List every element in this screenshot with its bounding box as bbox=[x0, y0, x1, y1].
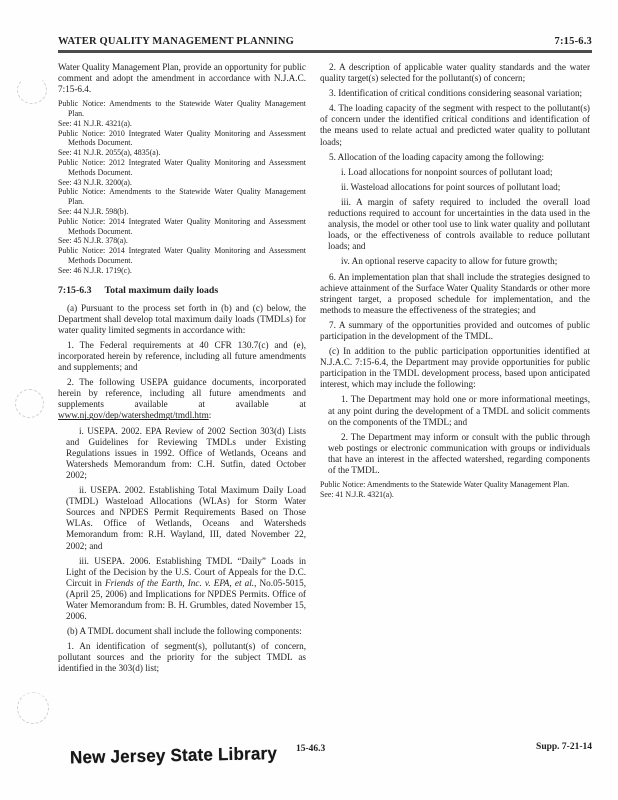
list-item-b1: 1. An identification of segment(s), poll… bbox=[58, 641, 306, 674]
list-item-5iv: iv. An optional reserve capacity to allo… bbox=[320, 256, 590, 267]
list-item-ii: ii. USEPA. 2002. Establishing Total Maxi… bbox=[58, 485, 306, 552]
public-notice-label: Public Notice: 2010 Integrated Water Qua… bbox=[58, 129, 306, 149]
section-title: Total maximum daily loads bbox=[104, 285, 218, 296]
two-column-body: Water Quality Management Plan, provide a… bbox=[58, 62, 590, 679]
section-heading: 7:15-6.3Total maximum daily loads bbox=[58, 285, 306, 296]
case-citation: Friends of the Earth, Inc. v. EPA, et al… bbox=[105, 578, 254, 588]
list-item-2-colon: : bbox=[209, 410, 212, 420]
running-header-section-number: 7:15-6.3 bbox=[555, 36, 592, 47]
list-item-3: 3. Identification of critical conditions… bbox=[320, 88, 590, 99]
public-notice-label: Public Notice: Amendments to the Statewi… bbox=[58, 187, 306, 207]
public-notice-citation: See: 45 N.J.R. 378(a). bbox=[58, 236, 306, 246]
list-item-5ii: ii. Wasteload allocations for point sour… bbox=[320, 182, 590, 193]
running-header: WATER QUALITY MANAGEMENT PLANNING 7:15-6… bbox=[58, 36, 592, 53]
paragraph-c: (c) In addition to the public participat… bbox=[320, 346, 590, 390]
list-item-7: 7. A summary of the opportunities provid… bbox=[320, 320, 590, 342]
public-notice-label: Public Notice: Amendments to the Statewi… bbox=[320, 480, 590, 490]
list-item-iii: iii. USEPA. 2006. Establishing TMDL “Dai… bbox=[58, 556, 306, 623]
url-text: www.nj.gov/dep/watershedmgt/tmdl.htm bbox=[58, 410, 209, 420]
list-item-i: i. USEPA. 2002. EPA Review of 2002 Secti… bbox=[58, 426, 306, 481]
public-notice-citation: See: 41 N.J.R. 4321(a). bbox=[320, 490, 590, 500]
public-notices-list: Public Notice: Amendments to the Statewi… bbox=[58, 99, 306, 275]
public-notice-trailing: Public Notice: Amendments to the Statewi… bbox=[320, 480, 590, 500]
library-stamp: New Jersey State Library bbox=[70, 743, 277, 768]
list-item-2-right: 2. A description of applicable water qua… bbox=[320, 62, 590, 84]
paragraph-b: (b) A TMDL document shall include the fo… bbox=[58, 626, 306, 637]
public-notice-label: Public Notice: Amendments to the Statewi… bbox=[58, 99, 306, 119]
public-notice-label: Public Notice: 2014 Integrated Water Qua… bbox=[58, 217, 306, 237]
public-notice-citation: See: 44 N.J.R. 598(b). bbox=[58, 207, 306, 217]
public-notice-label: Public Notice: 2012 Integrated Water Qua… bbox=[58, 158, 306, 178]
list-item-2: 2. The following USEPA guidance document… bbox=[58, 377, 306, 421]
punch-hole-mark bbox=[17, 692, 49, 724]
running-header-title: WATER QUALITY MANAGEMENT PLANNING bbox=[58, 36, 294, 47]
supplement-date: Supp. 7-21-14 bbox=[536, 742, 592, 752]
public-notice-citation: See: 41 N.J.R. 4321(a). bbox=[58, 119, 306, 129]
list-item-5iii: iii. A margin of safety required to incl… bbox=[320, 197, 590, 252]
paragraph-continuation: Water Quality Management Plan, provide a… bbox=[58, 62, 306, 95]
right-column: 2. A description of applicable water qua… bbox=[320, 62, 590, 679]
paragraph-a: (a) Pursuant to the process set forth in… bbox=[58, 303, 306, 336]
public-notice-label: Public Notice: 2014 Integrated Water Qua… bbox=[58, 246, 306, 266]
list-item-c2: 2. The Department may inform or consult … bbox=[320, 432, 590, 476]
left-column: Water Quality Management Plan, provide a… bbox=[58, 62, 306, 679]
public-notice-citation: See: 41 N.J.R. 2055(a), 4835(a). bbox=[58, 148, 306, 158]
list-item-6: 6. An implementation plan that shall inc… bbox=[320, 272, 590, 316]
section-number: 7:15-6.3 bbox=[58, 285, 91, 296]
list-item-5: 5. Allocation of the loading capacity am… bbox=[320, 152, 590, 163]
page-number: 15-46.3 bbox=[296, 744, 325, 754]
list-item-1: 1. The Federal requirements at 40 CFR 13… bbox=[58, 340, 306, 373]
punch-hole-mark bbox=[15, 389, 44, 418]
scanned-document-page: WATER QUALITY MANAGEMENT PLANNING 7:15-6… bbox=[0, 0, 618, 800]
public-notice-citation: See: 46 N.J.R. 1719(c). bbox=[58, 266, 306, 276]
page-footer: New Jersey State Library 15-46.3 Supp. 7… bbox=[0, 738, 618, 800]
punch-hole-mark bbox=[17, 76, 47, 104]
public-notice-citation: See: 43 N.J.R. 3200(a). bbox=[58, 178, 306, 188]
list-item-5i: i. Load allocations for nonpoint sources… bbox=[320, 167, 590, 178]
list-item-c1: 1. The Department may hold one or more i… bbox=[320, 394, 590, 427]
list-item-2-text: 2. The following USEPA guidance document… bbox=[58, 377, 306, 409]
list-item-4: 4. The loading capacity of the segment w… bbox=[320, 103, 590, 147]
